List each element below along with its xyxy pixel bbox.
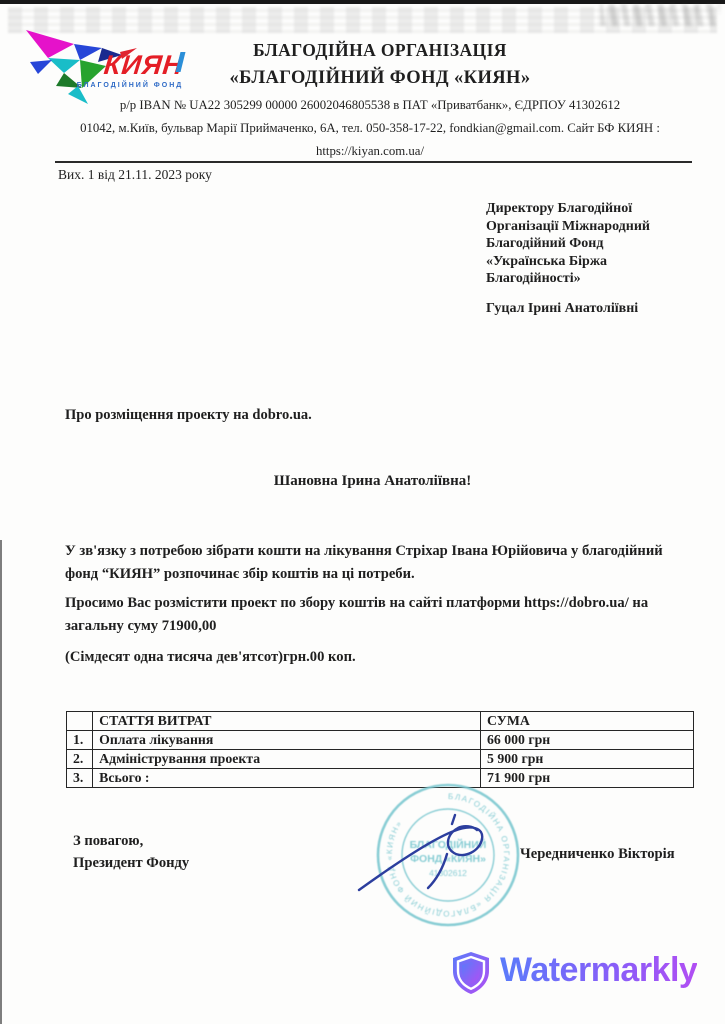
header-sum-cell: СУМА	[480, 712, 693, 731]
subject-line: Про розміщення проекту на dobro.ua.	[65, 407, 312, 424]
recipient-line: Організації Міжнародний	[486, 218, 701, 236]
row-sum: 5 900 грн	[480, 750, 693, 769]
watermark: Watermarkly	[448, 948, 718, 1000]
recipient-name: Гуцал Ірині Анатоліївні	[486, 301, 701, 317]
recipient-line: Благодійності»	[486, 270, 701, 288]
salutation: Шановна Ірина Анатоліївна!	[0, 473, 725, 490]
header-item-cell: СТАТТЯ ВИТРАТ	[93, 712, 481, 731]
row-number: 2.	[67, 750, 93, 769]
body-paragraph-1: У зв'язку з потребою зібрати кошти на лі…	[65, 540, 697, 586]
bank-details-line: р/р IBAN № UA22 305299 00000 26002046805…	[40, 98, 700, 113]
recipient-line: Директору Благодійної	[486, 200, 701, 218]
header-number-cell	[67, 712, 93, 731]
signer-name: Чередниченко Вікторія	[520, 846, 675, 863]
closing-line: Президент Фонду	[73, 852, 189, 874]
outgoing-ref-line: Вих. 1 від 21.11. 2023 року	[58, 167, 212, 183]
table-row: 2. Адміністрування проекта 5 900 грн	[67, 750, 694, 769]
website-url: https://kiyan.com.ua/	[40, 144, 700, 159]
closing-line: З повагою,	[73, 830, 189, 852]
recipient-line: «Українська Біржа	[486, 253, 701, 271]
body-paragraph-2: Просимо Вас розмістити проект по збору к…	[65, 592, 697, 638]
row-sum: 66 000 грн	[480, 731, 693, 750]
body-paragraph-3: (Сімдесят одна тисяча дев'ятсот)грн.00 к…	[65, 646, 697, 669]
watermark-label: Watermarkly	[500, 951, 697, 990]
closing-block: З повагою, Президент Фонду	[73, 830, 189, 874]
row-number: 1.	[67, 731, 93, 750]
scan-left-edge	[0, 540, 2, 1024]
table-row: 1. Оплата лікування 66 000 грн	[67, 731, 694, 750]
handwritten-signature	[356, 808, 516, 908]
scan-noise-smudge	[600, 4, 720, 26]
row-item: Адміністрування проекта	[93, 750, 481, 769]
expenses-table: СТАТТЯ ВИТРАТ СУМА 1. Оплата лікування 6…	[66, 711, 694, 788]
row-number: 3.	[67, 769, 93, 788]
org-title-line1: БЛАГОДІЙНА ОРГАНІЗАЦІЯ	[60, 40, 700, 61]
table-header-row: СТАТТЯ ВИТРАТ СУМА	[67, 712, 694, 731]
scanned-letter-page: КИЯН БЛАГОДІЙНИЙ ФОНД БЛАГОДІЙНА ОРГАНІЗ…	[0, 0, 725, 1024]
recipient-block: Директору Благодійної Організації Міжнар…	[486, 200, 701, 288]
org-title-line2: «БЛАГОДІЙНИЙ ФОНД «КИЯН»	[60, 68, 700, 89]
shield-icon	[448, 950, 494, 996]
recipient-line: Благодійний Фонд	[486, 235, 701, 253]
letterhead-divider	[55, 161, 692, 163]
row-item: Оплата лікування	[93, 731, 481, 750]
address-line: 01042, м.Київ, бульвар Марії Приймаченко…	[25, 121, 715, 136]
